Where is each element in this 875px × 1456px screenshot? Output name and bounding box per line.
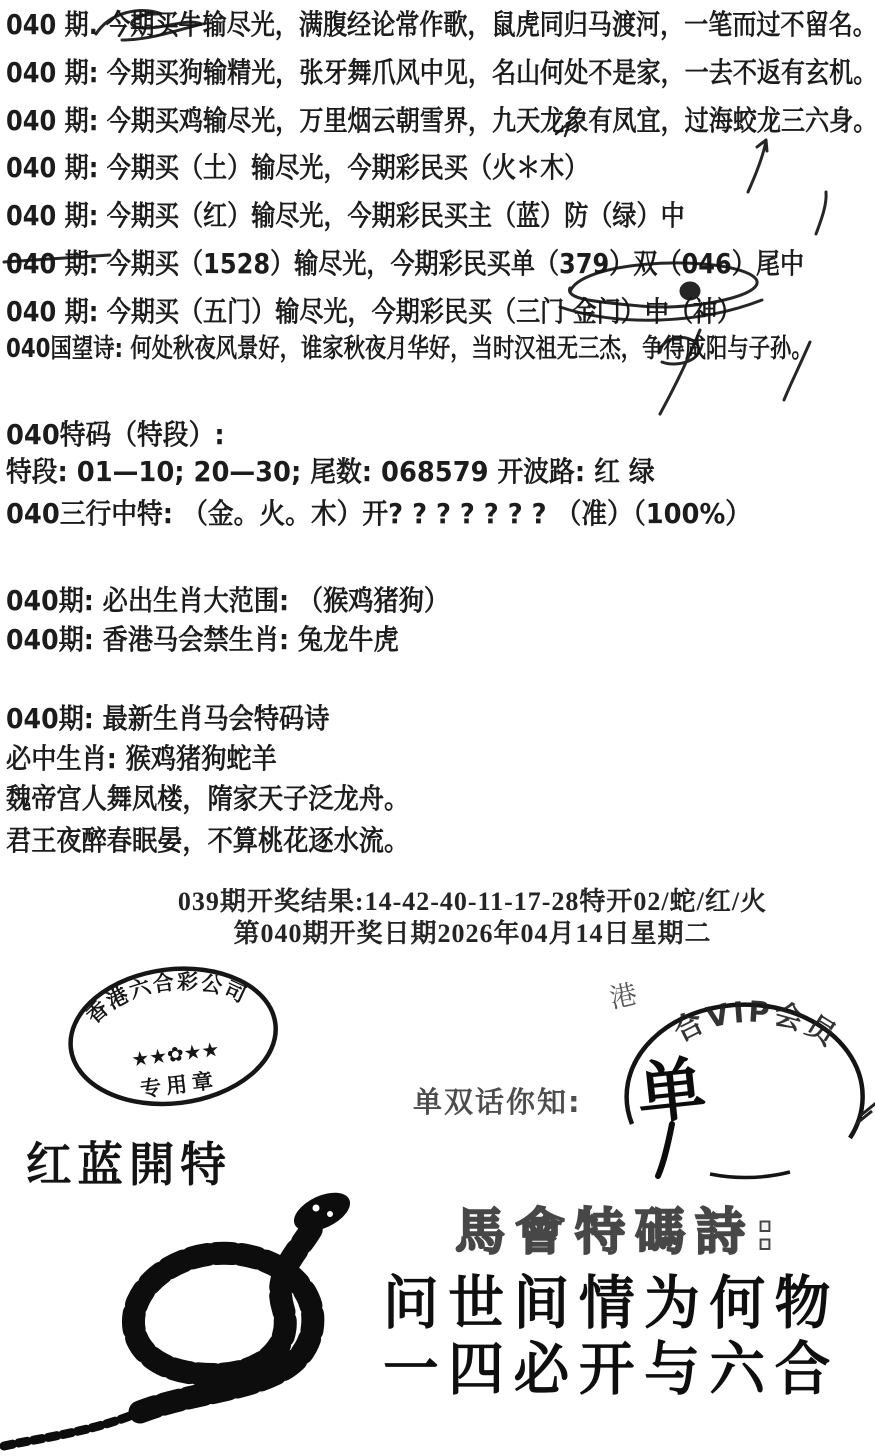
slash-mark-line6 — [816, 192, 826, 234]
handwriting-annotations-overlay — [0, 0, 875, 1456]
lottery-tip-sheet-page: 040 期. 今期买牛输尽光，满腹经论常作歌，鼠虎同归马渡河，一笔而过不留名。 … — [0, 0, 875, 1456]
arrow-mark-line4 — [748, 140, 767, 192]
arrow-mark-line3 — [556, 122, 570, 136]
strike-through-line6 — [4, 255, 110, 262]
underline-swoosh-line7 — [560, 300, 762, 320]
ink-dot-line7 — [681, 283, 699, 299]
scribble-over-line1 — [96, 11, 202, 40]
circle-scribble-guowang — [660, 337, 699, 364]
circle-scribble-line7 — [570, 263, 758, 307]
slash-guowang-end — [784, 342, 810, 400]
